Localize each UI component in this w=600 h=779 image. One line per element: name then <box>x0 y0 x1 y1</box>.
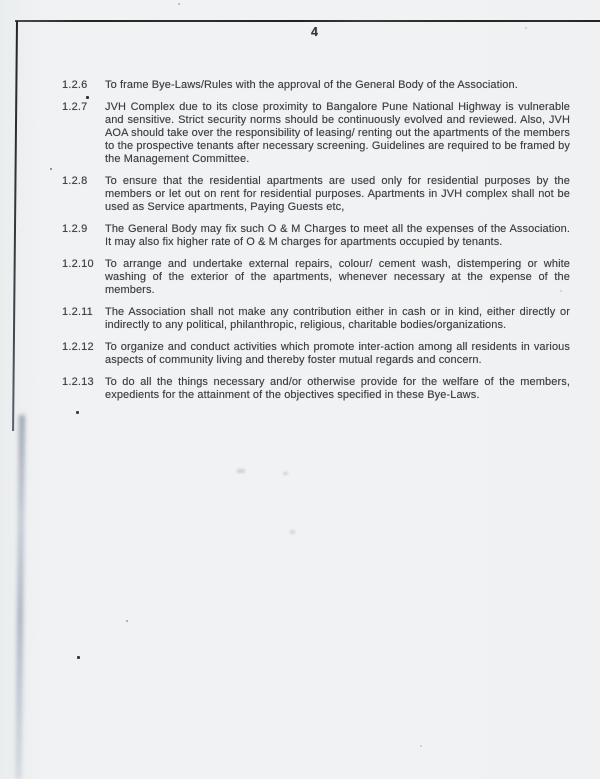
clause-text: To organize and conduct activities which… <box>105 341 570 367</box>
scan-smudge-left <box>16 415 25 779</box>
clause-1-2-6: 1.2.6 To frame Bye-Laws/Rules with the a… <box>62 79 570 92</box>
clause-number: 1.2.7 <box>62 101 105 166</box>
clause-1-2-12: 1.2.12 To organize and conduct activitie… <box>62 341 570 367</box>
clause-text: To arrange and undertake external repair… <box>105 258 570 297</box>
scan-speck <box>237 469 245 473</box>
scan-speck <box>77 656 80 659</box>
clause-number: 1.2.11 <box>62 306 105 332</box>
page-border-left-line <box>12 21 18 431</box>
clause-text: The General Body may fix such O & M Char… <box>105 223 570 249</box>
scan-speck <box>525 27 527 29</box>
clause-1-2-8: 1.2.8 To ensure that the residential apa… <box>62 175 570 214</box>
page-number: 4 <box>311 25 318 39</box>
clause-1-2-7: 1.2.7 JVH Complex due to its close proxi… <box>62 101 570 166</box>
page-border-top-line <box>15 20 600 22</box>
clause-number: 1.2.10 <box>62 258 105 297</box>
clause-text: To ensure that the residential apartment… <box>105 175 570 214</box>
scan-speck <box>420 745 422 747</box>
scan-speck <box>86 96 89 99</box>
scan-speck <box>290 530 295 534</box>
scan-speck <box>560 290 562 292</box>
clause-text: To frame Bye-Laws/Rules with the approva… <box>105 79 570 92</box>
clause-list: 1.2.6 To frame Bye-Laws/Rules with the a… <box>62 79 570 411</box>
clause-number: 1.2.9 <box>62 223 105 249</box>
clause-number: 1.2.6 <box>62 79 105 92</box>
clause-1-2-10: 1.2.10 To arrange and undertake external… <box>62 258 570 297</box>
clause-text: The Association shall not make any contr… <box>105 306 570 332</box>
scanned-document-page: { "page": { "number": "4" }, "document":… <box>0 0 600 779</box>
scan-speck <box>50 168 52 170</box>
clause-text: To do all the things necessary and/or ot… <box>105 376 570 402</box>
clause-number: 1.2.12 <box>62 341 105 367</box>
scan-speck <box>76 411 79 414</box>
scan-speck <box>283 472 288 475</box>
clause-number: 1.2.13 <box>62 376 105 402</box>
clause-number: 1.2.8 <box>62 175 105 214</box>
scan-speck <box>178 3 180 5</box>
clause-1-2-11: 1.2.11 The Association shall not make an… <box>62 306 570 332</box>
clause-text: JVH Complex due to its close proximity t… <box>105 101 570 166</box>
clause-1-2-13: 1.2.13 To do all the things necessary an… <box>62 376 570 402</box>
clause-1-2-9: 1.2.9 The General Body may fix such O & … <box>62 223 570 249</box>
scan-speck <box>126 620 128 622</box>
